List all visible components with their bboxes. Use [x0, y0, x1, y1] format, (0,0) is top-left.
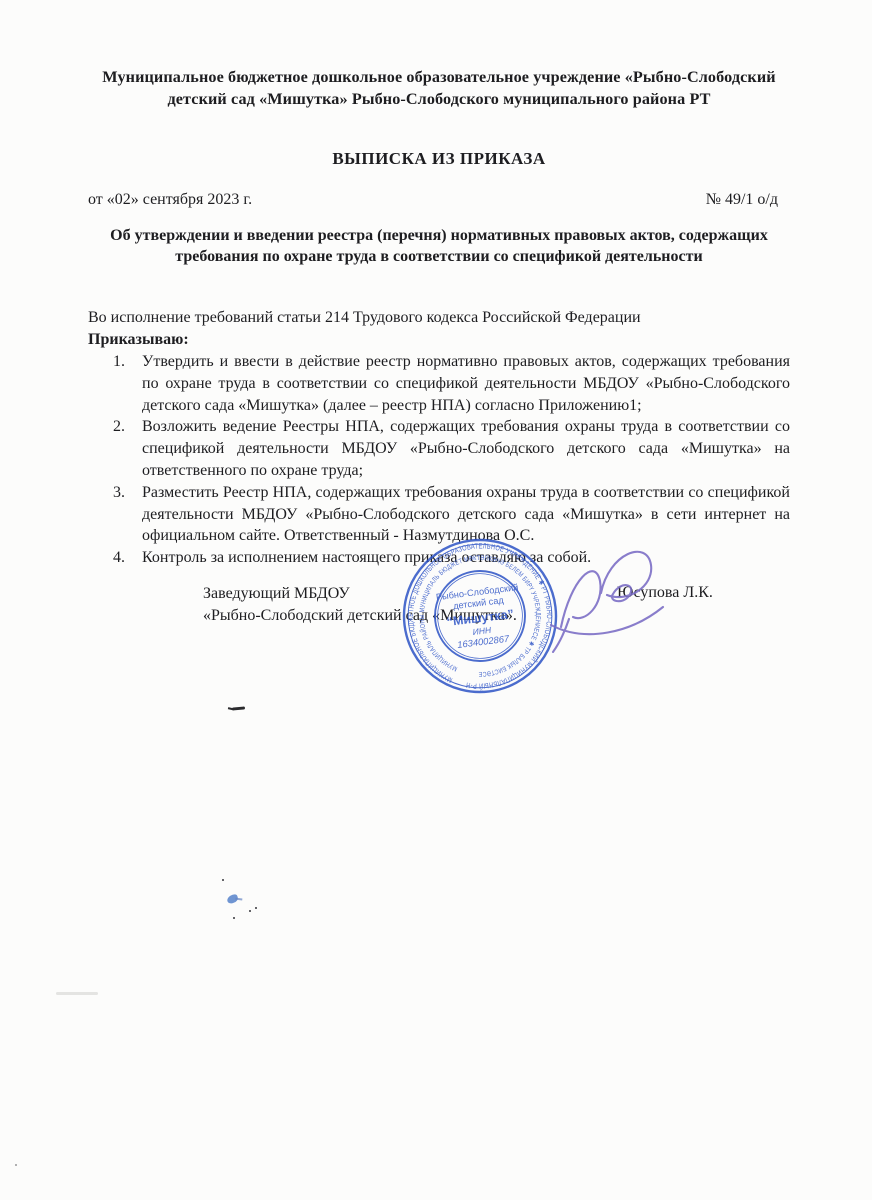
- scan-artifact-dot: [249, 910, 251, 912]
- scan-artifact-dot: [222, 879, 224, 881]
- order-word: Приказываю:: [88, 329, 790, 351]
- scan-artifact-smudge: [56, 992, 98, 995]
- organization-name: Муниципальное бюджетное дошкольное образ…: [88, 66, 790, 110]
- date-number-row: от «02» сентября 2023 г. № 49/1 о/д: [88, 191, 790, 209]
- scan-artifact-dot: [255, 907, 257, 909]
- order-date: от «02» сентября 2023 г.: [88, 191, 252, 209]
- item-number: 1.: [113, 351, 142, 416]
- stamp-inner-line5: 1634002867: [457, 633, 511, 650]
- order-subject-line2: требования по охране труда в соответстви…: [88, 247, 790, 268]
- organization-name-line2: детский сад «Мишутка» Рыбно-Слободского …: [88, 88, 790, 110]
- item-text: Утвердить и ввести в действие реестр нор…: [142, 351, 790, 416]
- scan-artifact-dot: [233, 917, 235, 919]
- scan-artifact-dash: [232, 706, 245, 710]
- order-number: № 49/1 о/д: [706, 191, 778, 209]
- item-number: 4.: [113, 547, 142, 569]
- handwritten-signature: [533, 531, 685, 653]
- order-item-2: 2. Возложить ведение Реестры НПА, содерж…: [88, 416, 790, 481]
- item-number: 2.: [113, 416, 142, 481]
- order-item-1: 1. Утвердить и ввести в действие реестр …: [88, 351, 790, 416]
- item-number: 3.: [113, 482, 142, 547]
- scan-artifact-dot: [15, 1164, 17, 1166]
- preamble-text: Во исполнение требований статьи 214 Труд…: [88, 307, 790, 329]
- scan-artifact-ink-speck: [226, 893, 239, 904]
- scanned-order-page: Муниципальное бюджетное дошкольное образ…: [0, 0, 872, 1200]
- order-subject-line1: Об утверждении и введении реестра (переч…: [88, 226, 790, 247]
- item-text: Возложить ведение Реестры НПА, содержащи…: [142, 416, 790, 481]
- document-title: ВЫПИСКА ИЗ ПРИКАЗА: [88, 149, 790, 169]
- signature-strokes: [551, 552, 663, 652]
- organization-name-line1: Муниципальное бюджетное дошкольное образ…: [88, 66, 790, 88]
- order-subject: Об утверждении и введении реестра (переч…: [88, 226, 790, 267]
